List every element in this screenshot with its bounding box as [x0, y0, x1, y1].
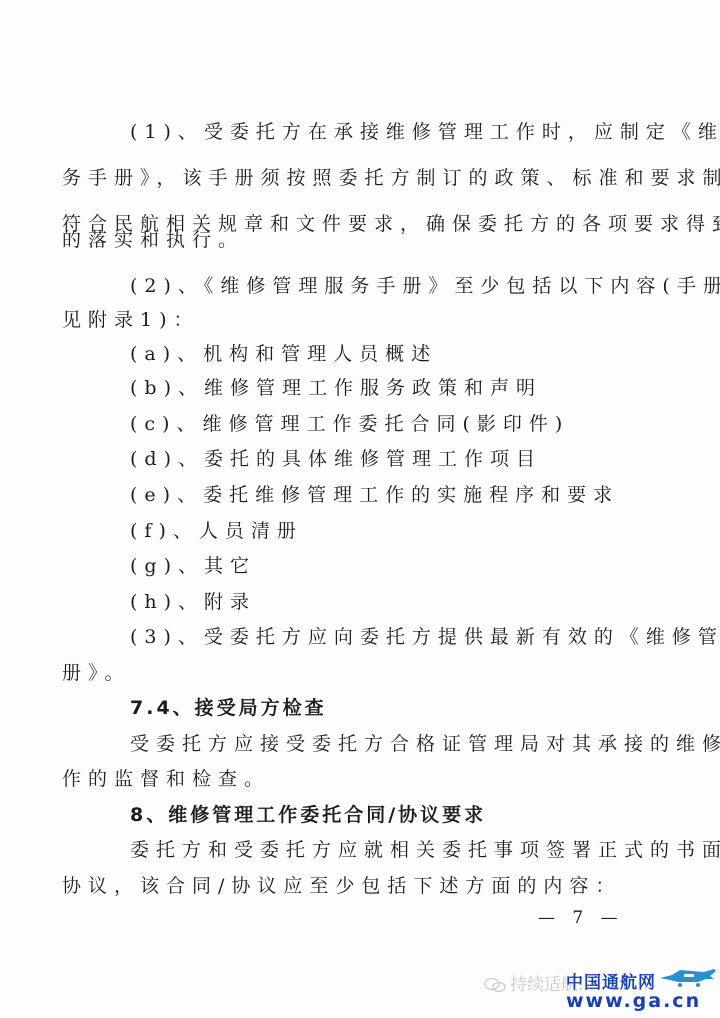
list-item: (d)、委托的具体维修管理工作项目	[130, 447, 542, 471]
list-item: (e)、委托维修管理工作的实施程序和要求	[130, 483, 619, 507]
plane-icon	[658, 966, 718, 990]
wechat-icon	[484, 977, 506, 993]
list-item: (b)、维修管理工作服务政策和声明	[130, 376, 542, 400]
list-item: (g)、其它	[130, 554, 256, 578]
paragraph-line: (3)、受委托方应向委托方提供最新有效的《维修管理服务手	[130, 625, 720, 649]
paragraph-line: 册》。	[62, 661, 131, 685]
page-number: — 7 —	[538, 908, 624, 928]
paragraph-line: 务手册》，该手册须按照委托方制订的政策、标准和要求制定，并	[62, 166, 720, 190]
paragraph-line: 的落实和执行。	[62, 228, 244, 252]
section-heading: 7.4、接受局方检查	[130, 696, 327, 720]
paragraph-line: (2)、《维修管理服务手册》至少包括以下内容(手册模板请参	[130, 274, 720, 298]
list-item: (f)、人员清册	[130, 519, 303, 543]
paragraph-line: 协议，该合同/协议应至少包括下述方面的内容：	[62, 874, 621, 898]
logo-url: www.ga.cn	[566, 990, 701, 1012]
paragraph-line: 作的监督和检查。	[62, 767, 270, 791]
document-page: (1)、受委托方在承接维修管理工作时，应制定《维修管理服 务手册》，该手册须按照…	[0, 0, 720, 1018]
paragraph-line: 委托方和受委托方应就相关委托事项签署正式的书面合同/	[130, 838, 720, 862]
list-item: (a)、机构和管理人员概述	[130, 342, 437, 366]
list-item: (c)、维修管理工作委托合同(影印件)	[130, 412, 569, 436]
paragraph-line: 见附录1)：	[62, 308, 200, 332]
site-logo: 中国通航网 www.ga.cn	[564, 968, 720, 1016]
paragraph-line: 受委托方应接受委托方合格证管理局对其承接的维修管理工	[130, 732, 720, 756]
paragraph-line: (1)、受委托方在承接维修管理工作时，应制定《维修管理服	[130, 120, 720, 144]
list-item: (h)、附录	[130, 590, 256, 614]
section-heading: 8、维修管理工作委托合同/协议要求	[130, 803, 486, 827]
